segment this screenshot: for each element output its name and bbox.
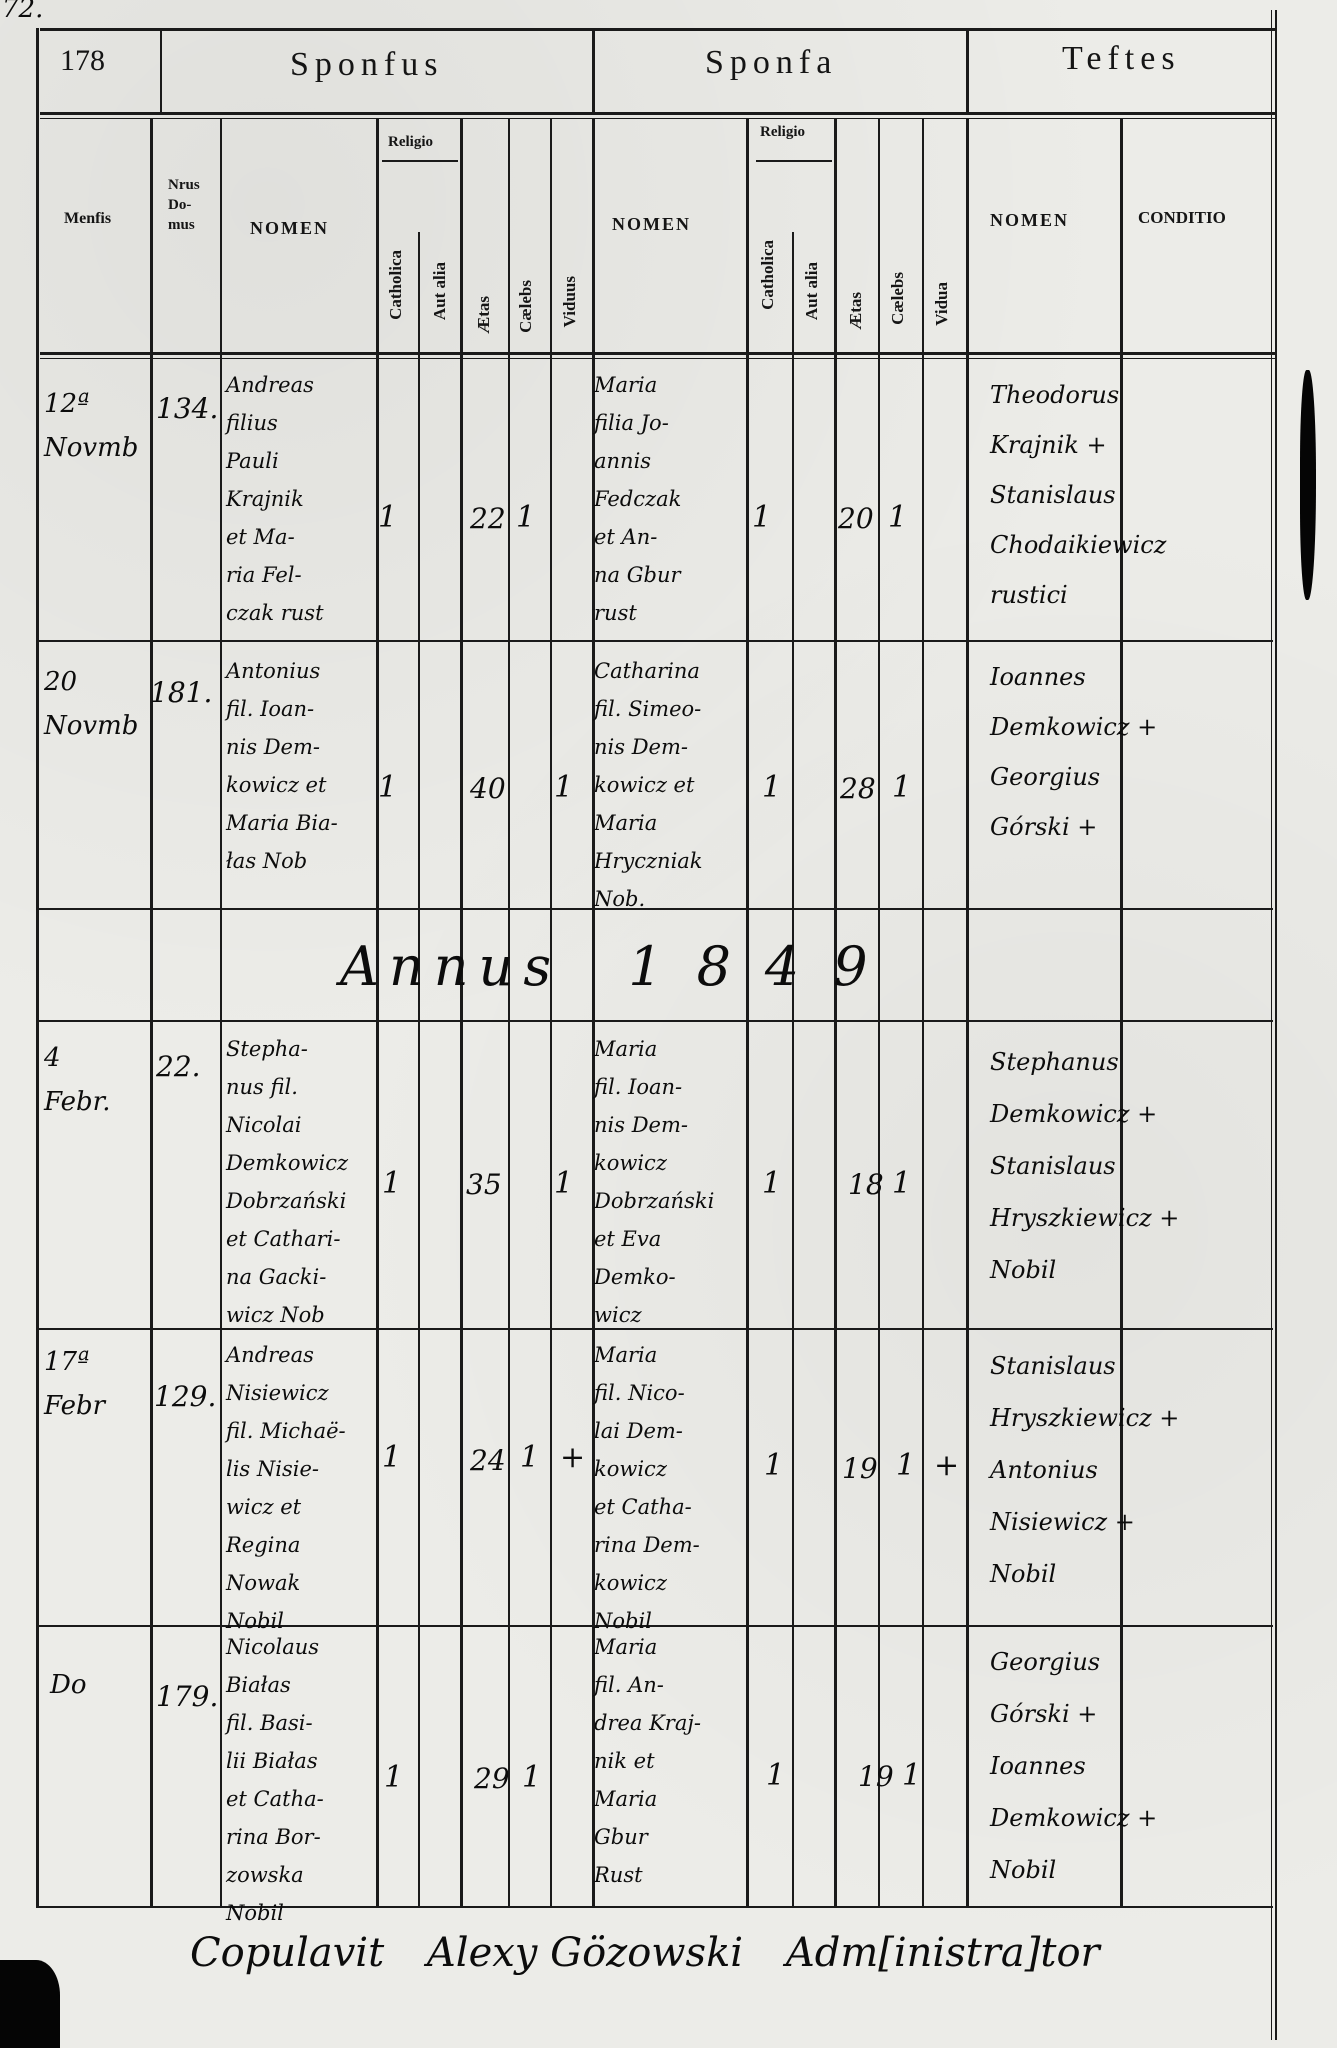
sponsus-aetas: 29: [474, 1762, 510, 1795]
sponsa-caelebs: 1: [896, 1448, 915, 1483]
sponsus-catholica: 1: [378, 500, 397, 535]
year-divider: Annus 1849: [340, 935, 902, 998]
sponsus-viduus: +: [560, 1440, 585, 1475]
record-mensis: 12ª Novmb: [44, 382, 138, 470]
col-line-sponsa-caelebs: [922, 118, 924, 1908]
right-border-inner: [1271, 10, 1272, 2040]
sponsa-catholica: 1: [762, 1166, 781, 1201]
record-domus: 134.: [156, 392, 218, 425]
col-header-caelebs: Cælebs: [516, 280, 536, 333]
sponsus-catholica: 1: [382, 1440, 401, 1475]
sponsa-nomen: Catharina fil. Simeo- nis Dem- kowicz et…: [594, 652, 703, 918]
sponsa-vidua: +: [934, 1448, 959, 1483]
section-title-testes: Teftes: [1062, 40, 1181, 78]
sponsa-aetas: 19: [858, 1760, 894, 1793]
sponsa-aetas: 18: [848, 1168, 884, 1201]
ink-stain-corner: [0, 1960, 60, 2048]
sponsa-nomen: Maria fil. Ioan- nis Dem- kowicz Dobrzań…: [594, 1030, 714, 1334]
section-title-rule-inner: [40, 118, 1275, 119]
col-line-sponsa-religio: [834, 118, 837, 1908]
sponsus-catholica: 1: [382, 1166, 401, 1201]
col-header-sponsa-aut-alia: Aut alia: [802, 262, 822, 320]
col-header-sponsa-aetas: Ætas: [846, 292, 866, 330]
row-rule-6: [38, 1906, 1273, 1908]
right-border: [1275, 10, 1277, 2040]
col-header-sponsa-nomen: NOMEN: [612, 214, 691, 235]
sponsus-nomen: Nicolaus Białas fil. Basi- lii Białas et…: [226, 1628, 324, 1932]
col-line-religio: [460, 118, 463, 1908]
sponsa-aetas: 28: [840, 772, 876, 805]
col-header-sponsa-catholica: Catholica: [758, 240, 778, 310]
sponsa-catholica: 1: [762, 770, 781, 805]
footer-copulavit: Copulavit: [190, 1930, 384, 1976]
title-divider-3: [966, 28, 969, 114]
section-title-sponsus: Sponfus: [290, 46, 443, 84]
col-line-domus: [220, 118, 222, 1908]
sponsa-aetas: 20: [838, 502, 874, 535]
col-header-viduus: Viduus: [560, 276, 580, 327]
col-line-sponsa-nomen: [746, 118, 749, 1908]
col-line-nomen: [376, 118, 379, 1908]
testes-nomen: Ioannes Demkowicz + Georgius Górski +: [990, 652, 1157, 852]
sponsa-catholica: 1: [752, 500, 771, 535]
col-header-testes-nomen: NOMEN: [990, 210, 1069, 231]
sponsus-caelebs: 1: [522, 1760, 541, 1795]
corner-folio-mark: 72.: [2, 0, 43, 24]
testes-nomen: Theodorus Krajnik + Stanislaus Chodaikie…: [990, 370, 1166, 620]
sponsus-nomen: Andreas filius Pauli Krajnik et Ma- ria …: [226, 366, 324, 632]
col-line-caelebs: [550, 118, 552, 1908]
footer-officiant: Alexy Gözowski: [427, 1930, 743, 1976]
year-divider-word: Annus: [340, 935, 561, 998]
col-line-testes-start: [966, 118, 969, 1908]
register-page: 72. 178 Sponfus Sponfa Teftes Menfis Nru…: [0, 0, 1337, 2048]
title-divider-2: [592, 28, 595, 114]
sponsa-caelebs: 1: [892, 770, 911, 805]
row-rule-1: [38, 640, 1273, 642]
page-number: 178: [60, 44, 105, 78]
title-divider-1: [160, 28, 162, 114]
sponsus-aetas: 40: [470, 772, 506, 805]
col-header-religio: Religio: [388, 134, 433, 151]
sponsus-caelebs: 1: [520, 1440, 539, 1475]
header-bottom-rule: [40, 352, 1275, 355]
record-domus: 129.: [154, 1380, 216, 1413]
col-header-aut-alia: Aut alia: [430, 262, 450, 320]
record-mensis: Do: [50, 1666, 87, 1704]
sponsus-nomen: Stepha- nus fil. Nicolai Demkowicz Dobrz…: [226, 1030, 348, 1334]
col-line-aetas: [508, 118, 510, 1908]
testes-nomen: Stanislaus Hryszkiewicz + Antonius Nisie…: [990, 1340, 1179, 1600]
sponsus-caelebs: 1: [554, 1166, 573, 1201]
col-header-sponsa-vidua: Vidua: [932, 282, 952, 326]
sponsus-aetas: 22: [470, 502, 506, 535]
sponsus-catholica: 1: [384, 1760, 403, 1795]
col-header-aetas: Ætas: [474, 296, 494, 334]
col-header-conditio: CONDITIO: [1138, 208, 1226, 228]
ink-margin-mark: [1300, 370, 1316, 600]
col-line-mensis: [150, 118, 153, 1908]
religio-rule-sponsa: [756, 160, 832, 162]
sponsus-caelebs: 1: [516, 500, 535, 535]
col-header-nrus-domus: Nrus Do- mus: [168, 175, 200, 235]
col-line-catholica: [418, 232, 420, 1908]
col-line-sponsa-catholica: [792, 232, 794, 1908]
row-rule-3: [38, 1020, 1273, 1022]
sponsa-catholica: 1: [766, 1758, 785, 1793]
footer-signature: Copulavit Alexy Gözowski Adm[inistra]tor: [190, 1930, 1100, 1976]
header-bottom-rule-inner: [40, 358, 1275, 359]
religio-rule: [382, 160, 458, 162]
section-title-sponsa: Sponfa: [705, 44, 837, 82]
sponsus-caelebs: 1: [554, 770, 573, 805]
sponsa-caelebs: 1: [892, 1166, 911, 1201]
col-header-sponsus-nomen: NOMEN: [250, 218, 329, 239]
top-rule: [40, 28, 1275, 31]
col-line-sponsa-aetas: [878, 118, 880, 1908]
sponsus-aetas: 24: [470, 1444, 506, 1477]
record-domus: 22.: [156, 1050, 201, 1083]
record-domus: 181.: [150, 676, 212, 709]
col-header-catholica: Catholica: [386, 250, 406, 320]
sponsus-nomen: Andreas Nisiewicz fil. Michaë- lis Nisie…: [226, 1336, 346, 1640]
sponsa-caelebs: 1: [902, 1758, 921, 1793]
record-mensis: 17ª Febr: [44, 1340, 105, 1428]
sponsa-catholica: 1: [764, 1448, 783, 1483]
testes-nomen: Georgius Górski + Ioannes Demkowicz + No…: [990, 1636, 1157, 1896]
testes-nomen: Stephanus Demkowicz + Stanislaus Hryszki…: [990, 1036, 1179, 1296]
record-mensis: 4 Febr.: [44, 1036, 111, 1124]
record-mensis: 20 Novmb: [44, 660, 138, 748]
sponsa-nomen: Maria fil. Nico- lai Dem- kowicz et Cath…: [594, 1336, 700, 1640]
sponsus-catholica: 1: [378, 770, 397, 805]
sponsa-nomen: Maria fil. An- drea Kraj- nik et Maria G…: [594, 1628, 701, 1894]
col-header-mensis: Menfis: [64, 210, 111, 228]
col-header-sponsa-religio: Religio: [760, 124, 805, 141]
footer-role: Adm[inistra]tor: [786, 1930, 1100, 1976]
section-title-rule: [40, 112, 1275, 115]
sponsus-nomen: Antonius fil. Ioan- nis Dem- kowicz et M…: [226, 652, 338, 880]
sponsus-aetas: 35: [466, 1168, 502, 1201]
year-divider-year: 1849: [628, 935, 901, 998]
sponsa-caelebs: 1: [888, 500, 907, 535]
col-header-sponsa-caelebs: Cælebs: [888, 272, 908, 325]
sponsa-aetas: 19: [842, 1452, 878, 1485]
record-domus: 179.: [156, 1680, 218, 1713]
sponsa-nomen: Maria filia Jo- annis Fedczak et An- na …: [594, 366, 681, 632]
